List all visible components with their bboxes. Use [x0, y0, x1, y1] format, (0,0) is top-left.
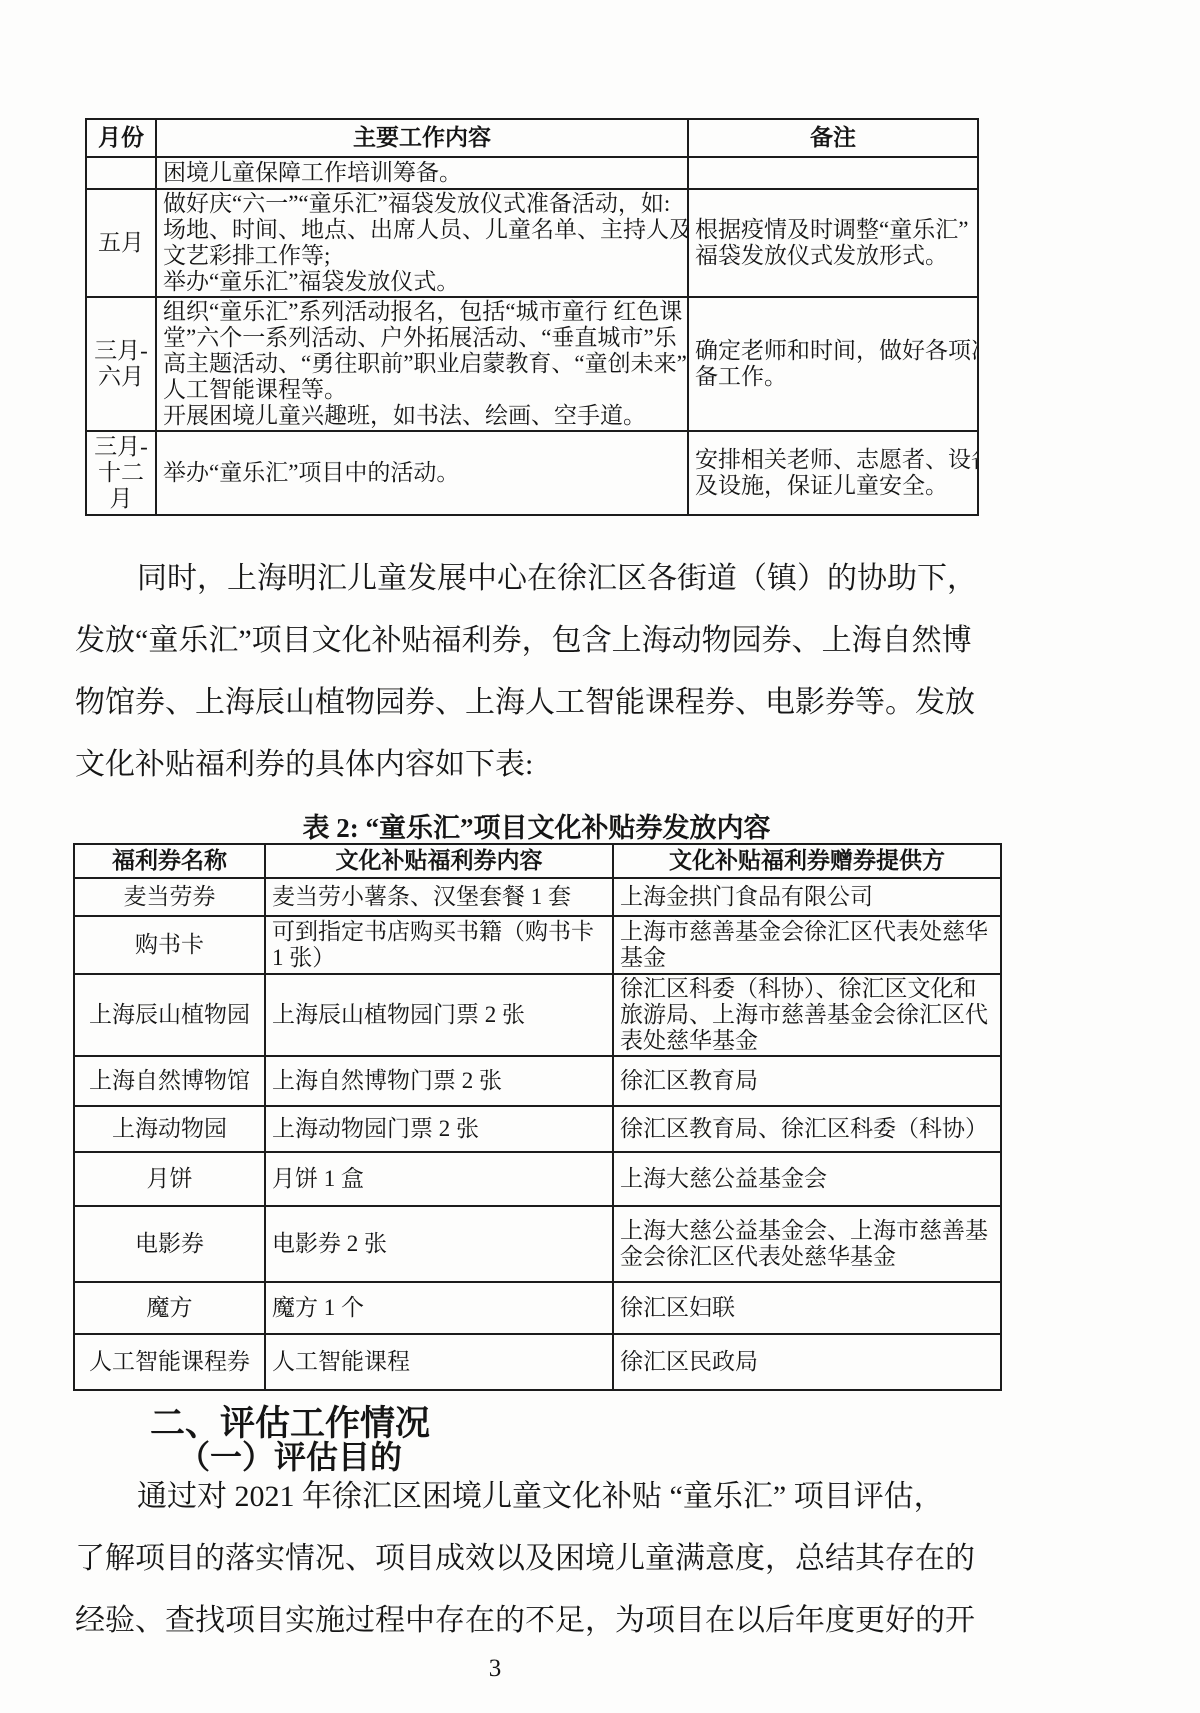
- table-row: 人工智能课程券 人工智能课程 徐汇区民政局: [74, 1334, 1001, 1390]
- table-row: 魔方 魔方 1 个 徐汇区妇联: [74, 1282, 1001, 1334]
- note-cell: 安排相关老师、志愿者、设备 及设施，保证儿童安全。: [688, 431, 978, 515]
- table-header-row: 福利券名称 文化补贴福利券内容 文化补贴福利券赠券提供方: [74, 844, 1001, 878]
- voucher-name-cell: 上海自然博物馆: [74, 1056, 265, 1106]
- table-row: 困境儿童保障工作培训筹备。: [86, 157, 978, 189]
- page-number: 3: [0, 1655, 990, 1683]
- table-row: 三月- 六月 组织“童乐汇”系列活动报名，包括“城市童行 红色课 堂”六个一系列…: [86, 297, 978, 431]
- paragraph-evaluation-purpose: 通过对 2021 年徐汇区困境儿童文化补贴 “童乐汇” 项目评估， 了解项目的落…: [75, 1466, 993, 1652]
- content-cell: 做好庆“六一”“童乐汇”福袋发放仪式准备活动，如: 场地、时间、地点、出席人员、…: [156, 189, 688, 297]
- voucher-content-cell: 麦当劳小薯条、汉堡套餐 1 套: [265, 878, 613, 916]
- month-cell: 三月- 十二 月: [86, 431, 156, 515]
- voucher-provider-cell: 上海大慈公益基金会、上海市慈善基 金会徐汇区代表处慈华基金: [613, 1206, 1001, 1282]
- table2-title: 表 2: “童乐汇”项目文化补贴券发放内容: [73, 806, 1000, 845]
- voucher-content-cell: 月饼 1 盒: [265, 1152, 613, 1206]
- table-row: 上海动物园 上海动物园门票 2 张 徐汇区教育局、徐汇区科委（科协）: [74, 1106, 1001, 1152]
- voucher-name-cell: 麦当劳券: [74, 878, 265, 916]
- content-cell: 举办“童乐汇”项目中的活动。: [156, 431, 688, 515]
- voucher-name-cell: 电影券: [74, 1206, 265, 1282]
- column-header-note: 备注: [688, 119, 978, 157]
- voucher-content-cell: 人工智能课程: [265, 1334, 613, 1390]
- column-header-voucher-provider: 文化补贴福利券赠券提供方: [613, 844, 1001, 878]
- table-row: 上海辰山植物园 上海辰山植物园门票 2 张 徐汇区科委（科协）、徐汇区文化和 旅…: [74, 974, 1001, 1056]
- voucher-provider-cell: 徐汇区妇联: [613, 1282, 1001, 1334]
- column-header-month: 月份: [86, 119, 156, 157]
- note-cell: [688, 157, 978, 189]
- voucher-provider-cell: 上海市慈善基金会徐汇区代表处慈华 基金: [613, 916, 1001, 974]
- voucher-name-cell: 上海辰山植物园: [74, 974, 265, 1056]
- voucher-provider-cell: 上海大慈公益基金会: [613, 1152, 1001, 1206]
- note-cell: 根据疫情及时调整“童乐汇” 福袋发放仪式发放形式。: [688, 189, 978, 297]
- voucher-name-cell: 月饼: [74, 1152, 265, 1206]
- table-row: 购书卡 可到指定书店购买书籍（购书卡 1 张） 上海市慈善基金会徐汇区代表处慈华…: [74, 916, 1001, 974]
- table-row: 三月- 十二 月 举办“童乐汇”项目中的活动。 安排相关老师、志愿者、设备 及设…: [86, 431, 978, 515]
- voucher-name-cell: 人工智能课程券: [74, 1334, 265, 1390]
- voucher-provider-cell: 上海金拱门食品有限公司: [613, 878, 1001, 916]
- month-cell: 三月- 六月: [86, 297, 156, 431]
- column-header-voucher-content: 文化补贴福利券内容: [265, 844, 613, 878]
- content-cell: 组织“童乐汇”系列活动报名，包括“城市童行 红色课 堂”六个一系列活动、户外拓展…: [156, 297, 688, 431]
- table-row: 五月 做好庆“六一”“童乐汇”福袋发放仪式准备活动，如: 场地、时间、地点、出席…: [86, 189, 978, 297]
- voucher-name-cell: 魔方: [74, 1282, 265, 1334]
- table-header-row: 月份 主要工作内容 备注: [86, 119, 978, 157]
- voucher-content-cell: 上海动物园门票 2 张: [265, 1106, 613, 1152]
- voucher-content-cell: 上海辰山植物园门票 2 张: [265, 974, 613, 1056]
- voucher-provider-cell: 徐汇区科委（科协）、徐汇区文化和 旅游局、上海市慈善基金会徐汇区代 表处慈华基金: [613, 974, 1001, 1056]
- month-cell: [86, 157, 156, 189]
- note-cell: 确定老师和时间，做好各项准 备工作。: [688, 297, 978, 431]
- voucher-provider-cell: 徐汇区教育局: [613, 1056, 1001, 1106]
- table-row: 麦当劳券 麦当劳小薯条、汉堡套餐 1 套 上海金拱门食品有限公司: [74, 878, 1001, 916]
- work-plan-table: 月份 主要工作内容 备注 困境儿童保障工作培训筹备。 五月 做好庆“六一”“童乐…: [85, 118, 979, 516]
- column-header-voucher-name: 福利券名称: [74, 844, 265, 878]
- voucher-content-cell: 电影券 2 张: [265, 1206, 613, 1282]
- voucher-content-cell: 魔方 1 个: [265, 1282, 613, 1334]
- table-row: 上海自然博物馆 上海自然博物门票 2 张 徐汇区教育局: [74, 1056, 1001, 1106]
- content-cell: 困境儿童保障工作培训筹备。: [156, 157, 688, 189]
- voucher-provider-cell: 徐汇区民政局: [613, 1334, 1001, 1390]
- voucher-provider-cell: 徐汇区教育局、徐汇区科委（科协）: [613, 1106, 1001, 1152]
- table-row: 电影券 电影券 2 张 上海大慈公益基金会、上海市慈善基 金会徐汇区代表处慈华基…: [74, 1206, 1001, 1282]
- voucher-name-cell: 购书卡: [74, 916, 265, 974]
- voucher-content-cell: 可到指定书店购买书籍（购书卡 1 张）: [265, 916, 613, 974]
- document-page: 月份 主要工作内容 备注 困境儿童保障工作培训筹备。 五月 做好庆“六一”“童乐…: [0, 0, 1200, 1713]
- voucher-table: 福利券名称 文化补贴福利券内容 文化补贴福利券赠券提供方 麦当劳券 麦当劳小薯条…: [73, 843, 1002, 1391]
- paragraph-voucher-distribution: 同时，上海明汇儿童发展中心在徐汇区各街道（镇）的协助下， 发放“童乐汇”项目文化…: [75, 548, 993, 796]
- voucher-name-cell: 上海动物园: [74, 1106, 265, 1152]
- table-row: 月饼 月饼 1 盒 上海大慈公益基金会: [74, 1152, 1001, 1206]
- voucher-content-cell: 上海自然博物门票 2 张: [265, 1056, 613, 1106]
- column-header-content: 主要工作内容: [156, 119, 688, 157]
- month-cell: 五月: [86, 189, 156, 297]
